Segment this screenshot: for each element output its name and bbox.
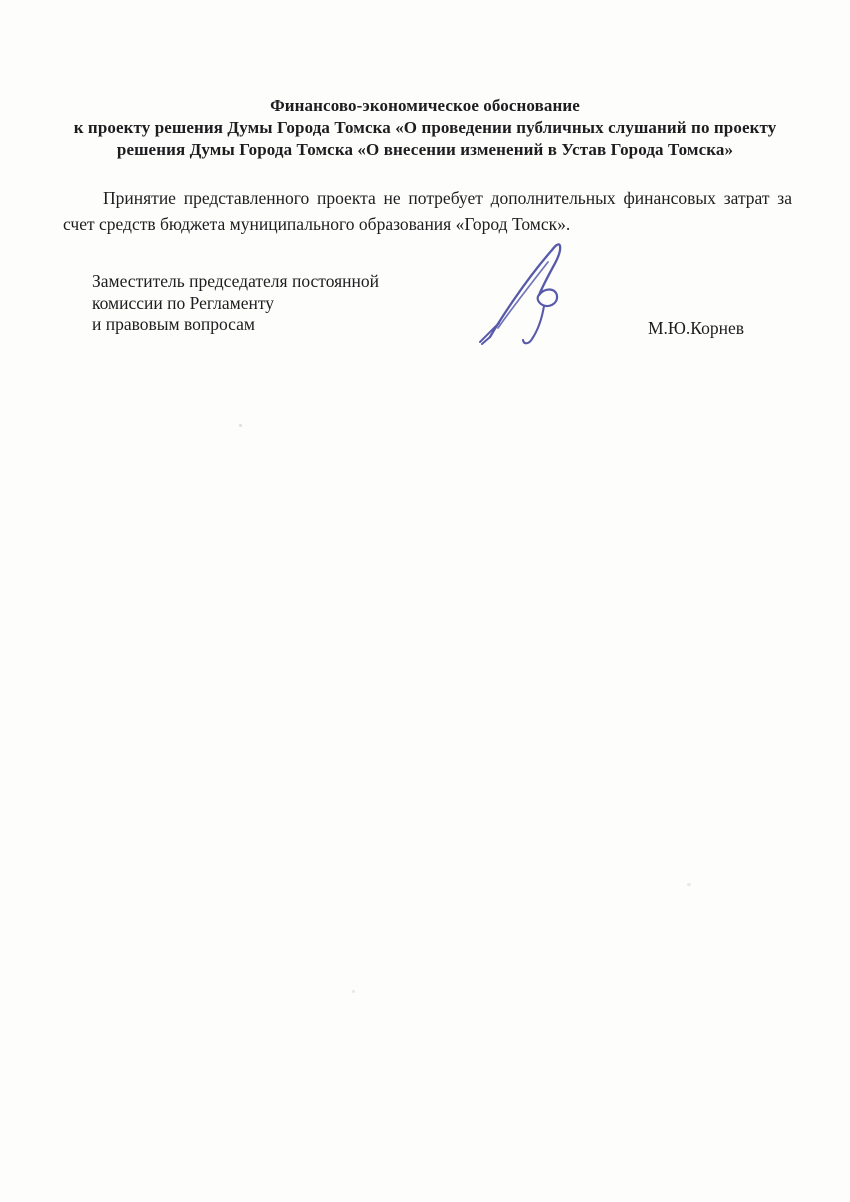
title-line-1: Финансово-экономическое обоснование: [40, 95, 810, 117]
signer-position: Заместитель председателя постоянной коми…: [92, 271, 379, 336]
signer-name: М.Ю.Корнев: [648, 317, 744, 339]
signature-block: Заместитель председателя постоянной коми…: [0, 270, 850, 400]
title-line-2: к проекту решения Думы Города Томска «О …: [40, 117, 810, 139]
signer-position-line-1: Заместитель председателя постоянной: [92, 271, 379, 293]
scan-speck: [352, 990, 355, 993]
signer-position-line-3: и правовым вопросам: [92, 314, 379, 336]
scan-speck: [239, 424, 242, 427]
handwritten-signature: [468, 236, 592, 350]
document-title: Финансово-экономическое обоснование к пр…: [0, 95, 850, 161]
scan-speck: [687, 883, 691, 886]
title-line-3: решения Думы Города Томска «О внесении и…: [40, 139, 810, 161]
signer-position-line-2: комиссии по Регламенту: [92, 293, 379, 315]
body-paragraph: Принятие представленного проекта не потр…: [63, 185, 792, 237]
document-page: Финансово-экономическое обоснование к пр…: [0, 0, 850, 1202]
signature-icon: [468, 236, 592, 350]
